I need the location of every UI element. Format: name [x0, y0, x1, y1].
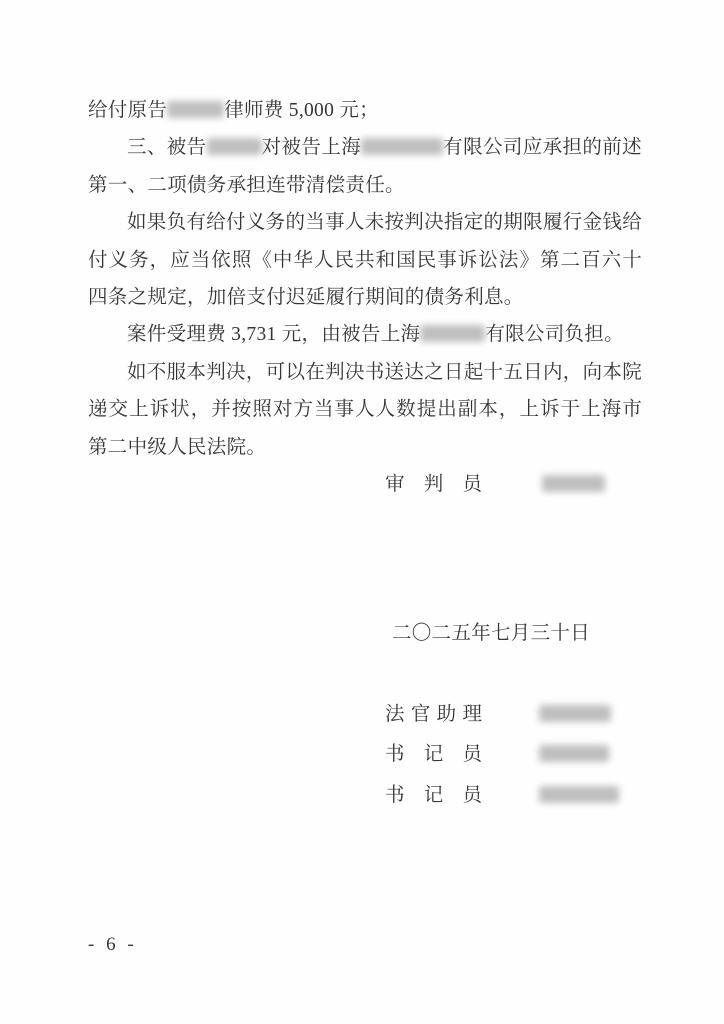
fee-line-prefix: 给付原告 — [88, 100, 167, 121]
court-fee-paragraph: 案件受理费 3,731 元，由被告上海有限公司负担。 — [88, 316, 642, 353]
appeal-clause-paragraph: 如不服本判决，可以在判决书送达之日起十五日内，向本院递交上诉状，并按照对方当事人… — [88, 354, 642, 466]
redacted-company-name-2 — [420, 325, 485, 342]
assistant-signature-row: 法官助理 — [385, 696, 642, 733]
redacted-clerk1-name — [539, 745, 609, 762]
court-fee-part2: 有限公司负担。 — [485, 324, 624, 345]
redacted-defendant-name — [207, 138, 262, 155]
redacted-assistant-name — [539, 705, 611, 722]
redacted-judge-name — [542, 475, 605, 492]
judge-label: 审判员 — [385, 466, 482, 503]
fee-line-suffix: 律师费 5,000 元； — [224, 100, 379, 121]
judge-signature-row: 审判员 — [385, 466, 642, 503]
judgment-page: 给付原告律师费 5,000 元； 三、被告对被告上海有限公司应承担的前述第一、二… — [0, 0, 724, 1024]
clerk2-signature-row: 书记员 — [385, 777, 642, 814]
redacted-company-name — [361, 138, 443, 155]
redacted-plaintiff-name — [167, 101, 224, 118]
court-fee-part1: 案件受理费 3,731 元，由被告上海 — [127, 324, 420, 345]
fee-line: 给付原告律师费 5,000 元； — [88, 92, 642, 129]
page-number: - 6 - — [88, 934, 135, 956]
judgment-date: 二〇二五年七月三十日 — [392, 615, 642, 652]
clerk1-label: 书记员 — [385, 736, 482, 773]
clerk2-label: 书记员 — [385, 777, 482, 814]
item-three-paragraph: 三、被告对被告上海有限公司应承担的前述第一、二项债务承担连带清偿责任。 — [88, 129, 642, 204]
item-three-part1: 三、被告 — [127, 137, 207, 158]
redacted-clerk2-name — [539, 786, 619, 803]
interest-clause-paragraph: 如果负有给付义务的当事人未按判决指定的期限履行金钱给付义务，应当依照《中华人民共… — [88, 204, 642, 316]
clerk1-signature-row: 书记员 — [385, 736, 642, 773]
judgment-body: 给付原告律师费 5,000 元； 三、被告对被告上海有限公司应承担的前述第一、二… — [88, 92, 642, 814]
item-three-part2: 对被告上海 — [262, 137, 362, 158]
assistant-label: 法官助理 — [385, 696, 482, 733]
